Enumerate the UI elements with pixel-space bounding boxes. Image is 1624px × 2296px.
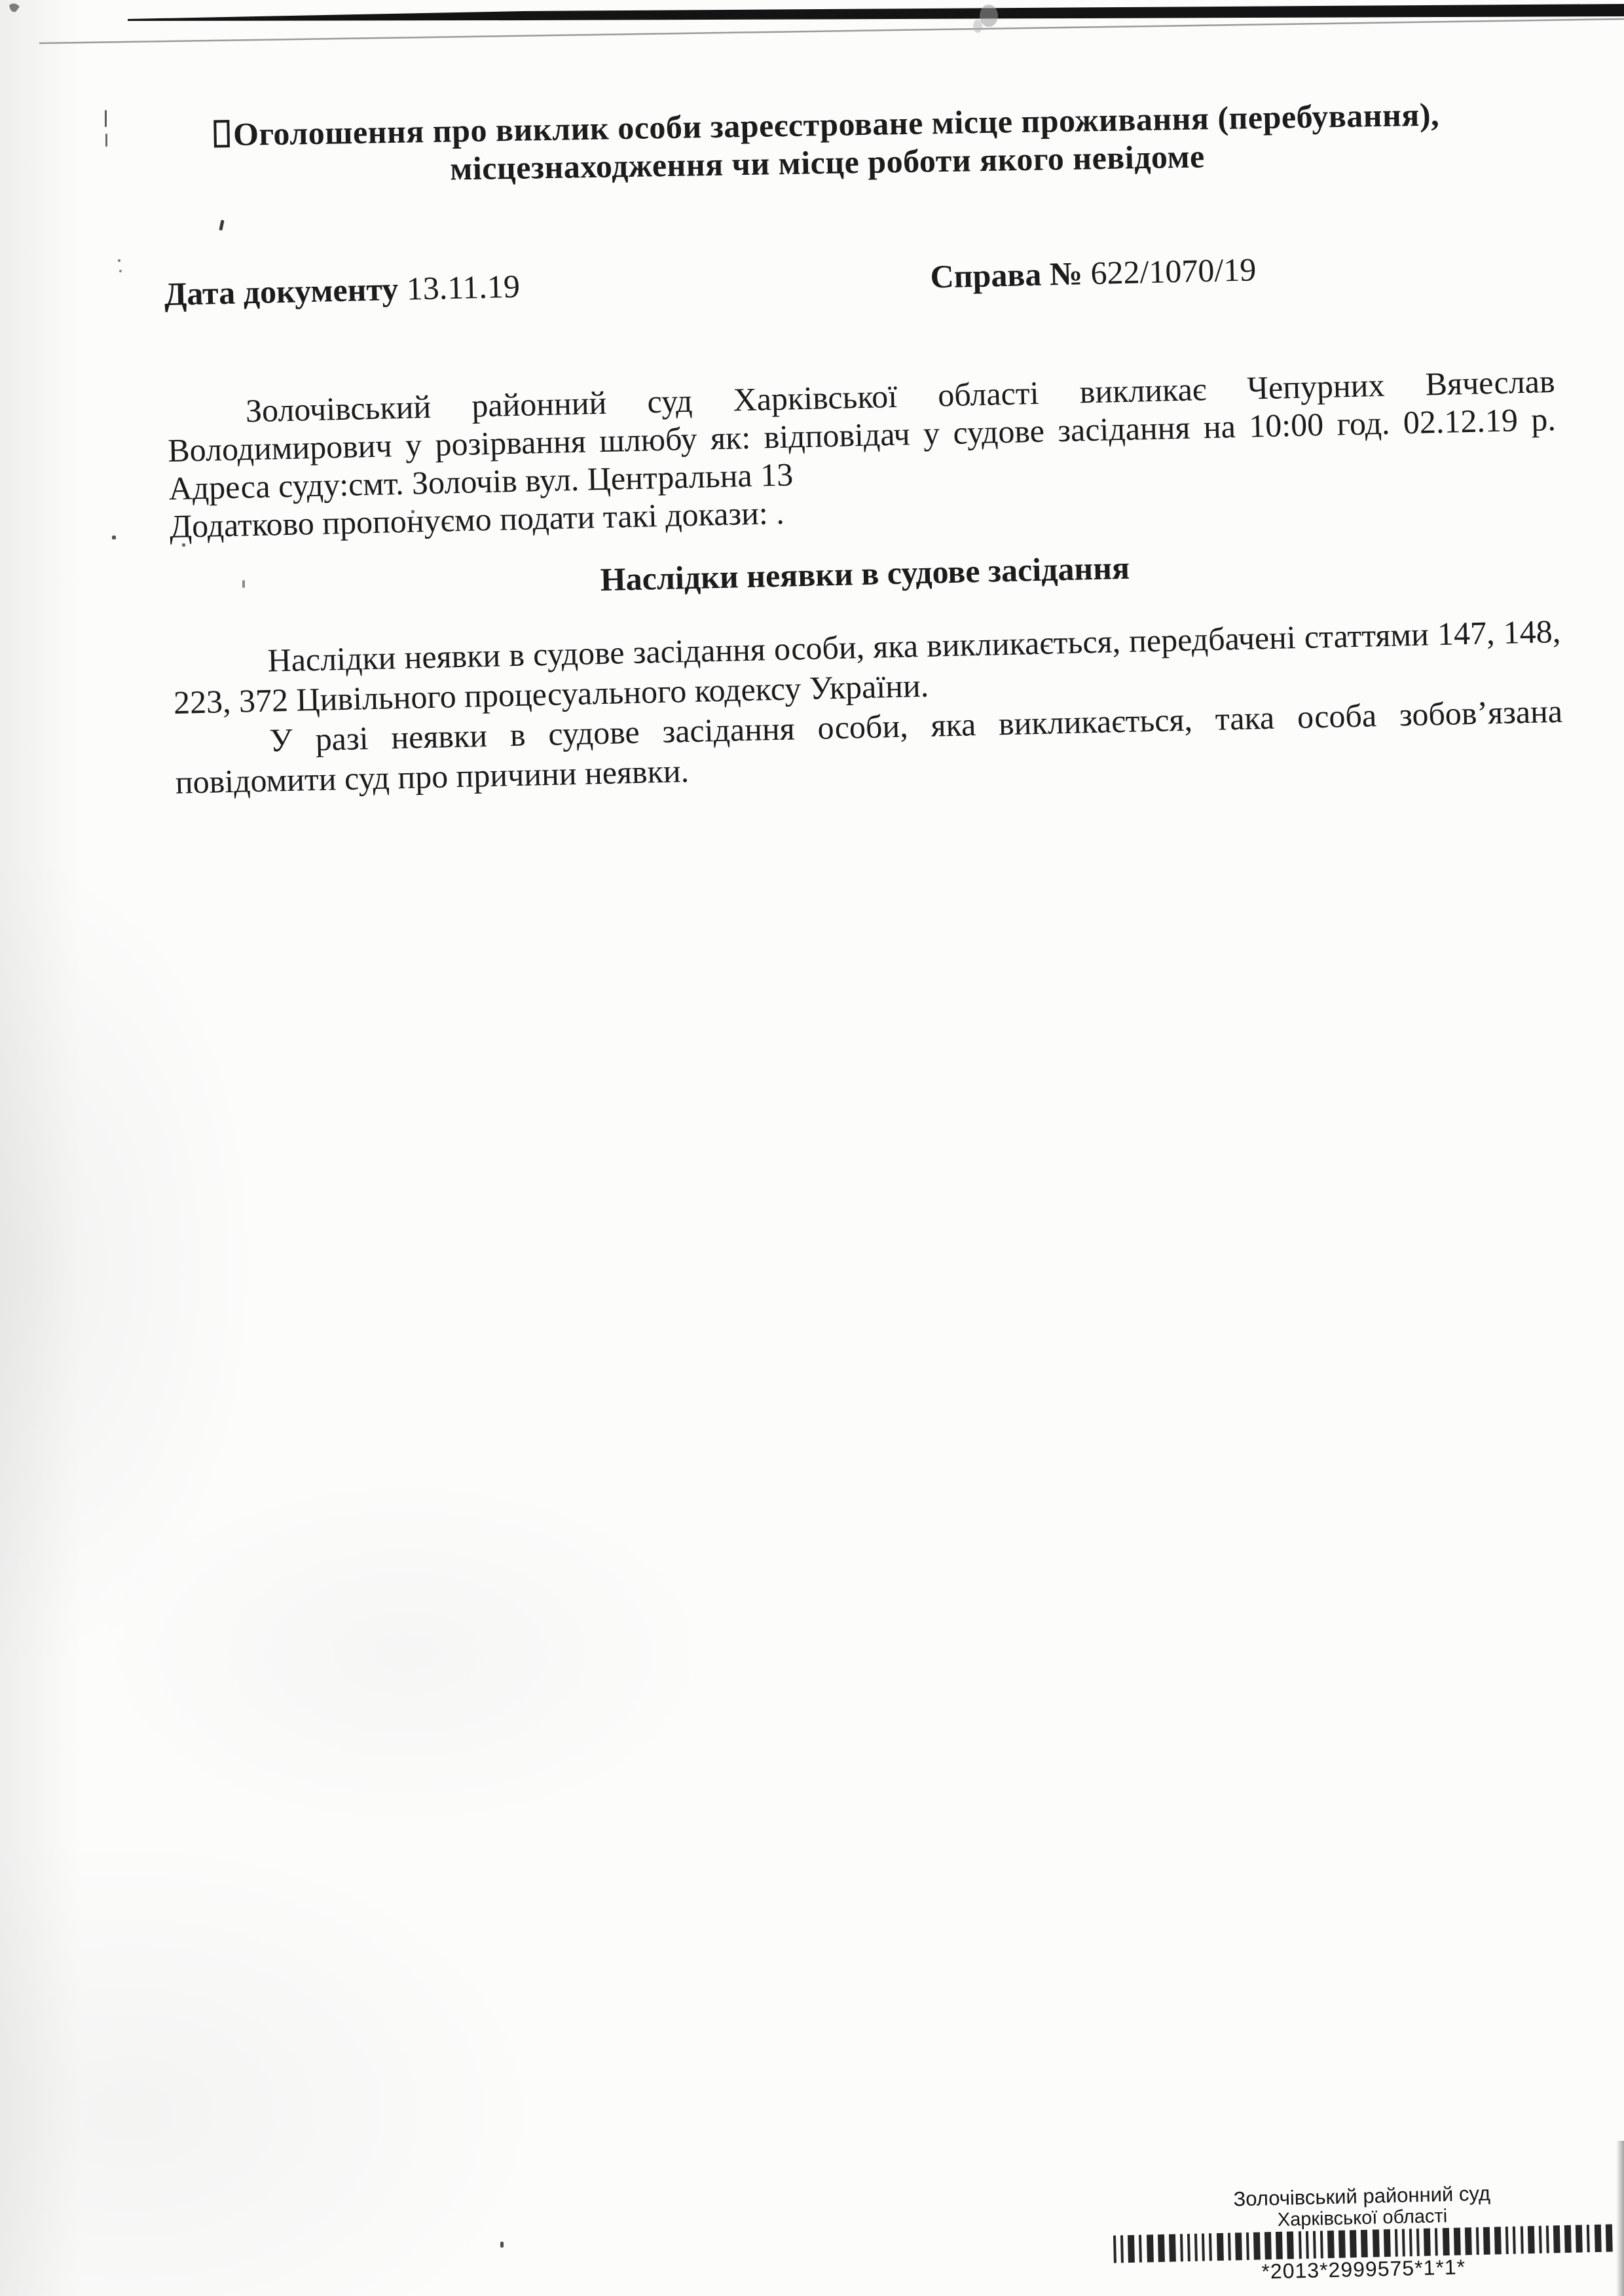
unknown-char-artifact [214,120,231,147]
case-number: Справа № 622/1070/19 [930,250,1257,295]
scanner-right-edge-shadow [1616,2141,1624,2296]
meta-row: Дата документу 13.11.19 Справа № 622/107… [164,244,1553,313]
section-heading: Наслідки неявки в судове засідання [170,539,1559,608]
dot-artifact [119,270,122,272]
scanner-edge-artifact [0,0,1624,59]
dot-artifact [118,259,120,262]
document-date: Дата документу 13.11.19 [164,267,520,313]
document-body: Дата документу 13.11.19 Справа № 622/107… [164,244,1564,838]
document-title: Оголошення про виклик особи зареєстрован… [29,92,1624,194]
apostrophe-artifact [219,220,224,231]
dot-artifact [500,2242,504,2248]
case-label: Справа № [930,255,1083,295]
dot-artifact [112,536,116,539]
case-value: 622/1070/19 [1090,251,1257,291]
consequences-paragraph: Наслідки неявки в судове засідання особи… [172,611,1564,803]
date-value: 13.11.19 [406,268,520,307]
summons-paragraph: Золочівський районний суд Харківської об… [166,362,1558,545]
date-label: Дата документу [164,270,399,312]
scanned-court-document-page: Оголошення про виклик особи зареєстрован… [0,0,1624,2296]
court-stamp-footer: Золочівський районний суд Харківської об… [1112,2179,1613,2286]
